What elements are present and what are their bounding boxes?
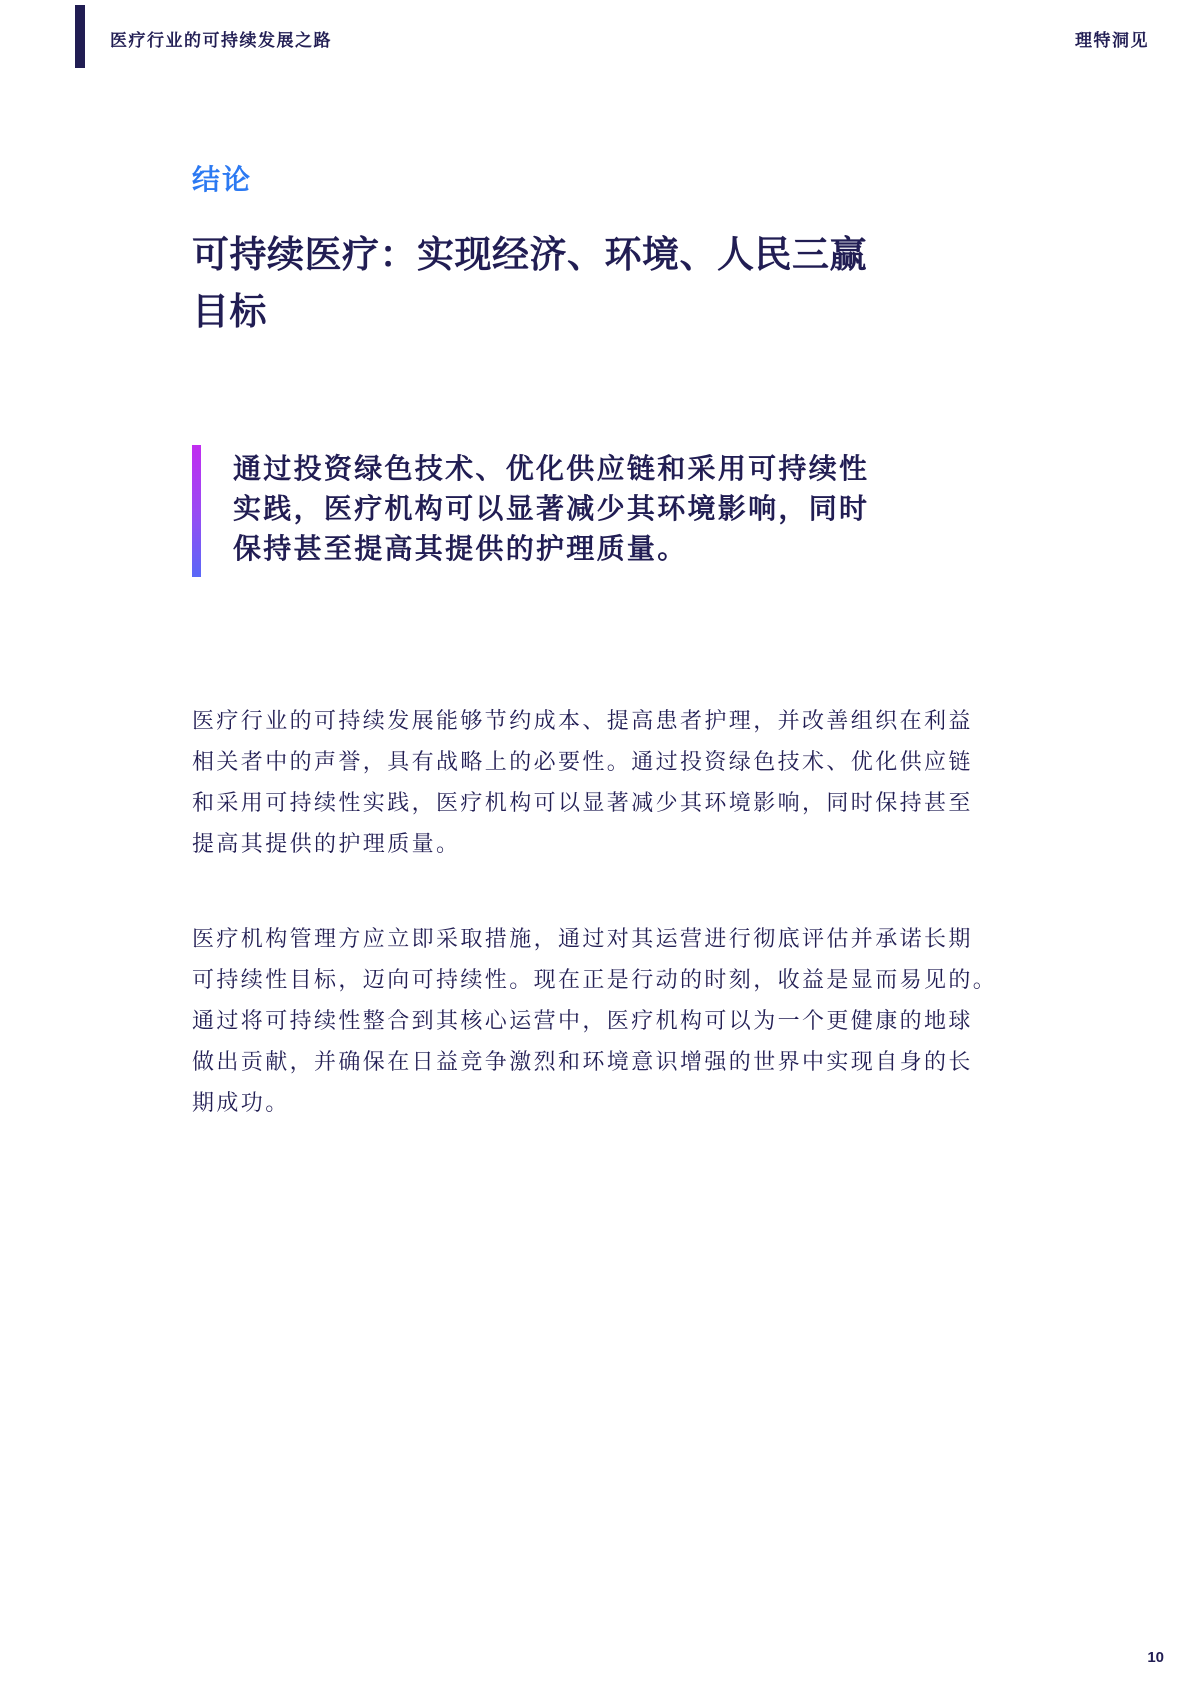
page-title: 可持续医疗：实现经济、环境、人民三赢 目标 — [192, 226, 952, 340]
header-accent-bar — [75, 5, 85, 68]
page-number: 10 — [1147, 1649, 1164, 1666]
report-page: 医疗行业的可持续发展之路 理特洞见 结论 可持续医疗：实现经济、环境、人民三赢 … — [0, 0, 1189, 1684]
body-paragraph-1: 医疗行业的可持续发展能够节约成本、提高患者护理，并改善组织在利益 相关者中的声誉… — [192, 700, 1022, 864]
pull-quote-block: 通过投资绿色技术、优化供应链和采用可持续性 实践，医疗机构可以显著减少其环境影响… — [192, 445, 869, 577]
quote-gradient-bar — [192, 445, 201, 577]
header-brand-title: 理特洞见 — [1075, 26, 1149, 51]
header-document-title: 医疗行业的可持续发展之路 — [110, 26, 332, 51]
pull-quote-text: 通过投资绿色技术、优化供应链和采用可持续性 实践，医疗机构可以显著减少其环境影响… — [233, 445, 869, 577]
body-paragraph-2: 医疗机构管理方应立即采取措施，通过对其运营进行彻底评估并承诺长期 可持续性目标，… — [192, 918, 1022, 1123]
section-kicker: 结论 — [192, 158, 252, 198]
